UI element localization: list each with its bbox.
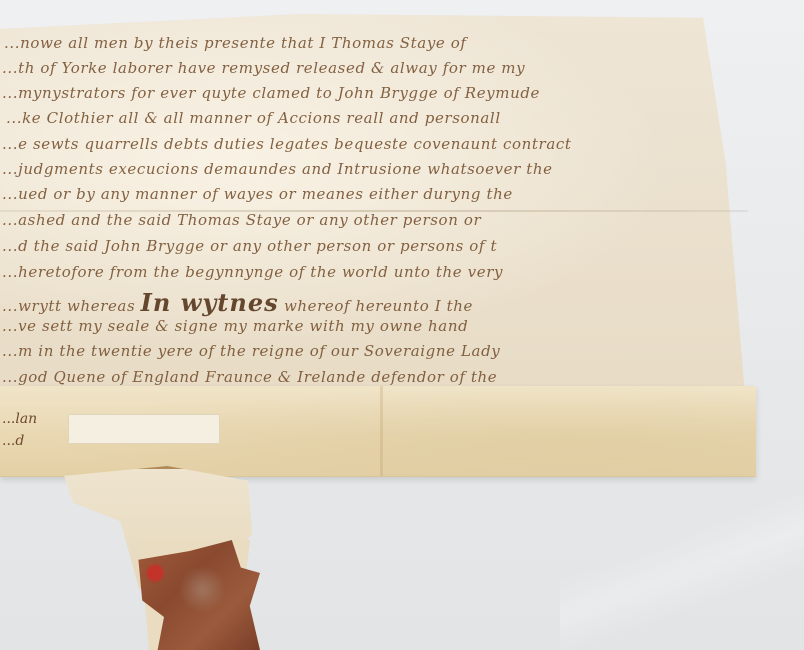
text-line-9: ...d the said John Brygge or any other p… xyxy=(2,237,497,255)
seal-slit-label xyxy=(68,414,220,444)
text-line-11-prefix: ...wrytt whereas xyxy=(2,297,135,315)
text-line-8: ...ashed and the said Thomas Staye or an… xyxy=(2,211,481,229)
signature-line-1: ...lan xyxy=(2,408,37,430)
text-line-6: ...judgments execucions demaundes and In… xyxy=(2,160,553,178)
text-line-1: ...nowe all men by theis presente that I… xyxy=(4,34,467,52)
text-line-3: ...mynystrators for ever quyte clamed to… xyxy=(2,84,540,102)
plica-crease xyxy=(380,386,383,476)
signature-line-2: ...d xyxy=(2,430,37,452)
text-line-14: ...god Quene of England Fraunce & Irelan… xyxy=(2,368,497,386)
text-line-10: ...heretofore from the begynnynge of the… xyxy=(2,263,503,281)
text-line-5: ...e sewts quarrells debts duties legate… xyxy=(2,135,572,153)
signature: ...lan ...d xyxy=(2,408,37,452)
text-line-11: ...wrytt whereas In wytnes whereof hereu… xyxy=(2,288,473,317)
text-line-11-suffix: whereof hereunto I the xyxy=(284,297,473,315)
text-line-12: ...ve sett my seale & signe my marke wit… xyxy=(2,317,468,335)
in-witness-heading: In wytnes xyxy=(141,288,279,317)
light-streak xyxy=(560,470,804,650)
text-line-7: ...ued or by any manner of wayes or mean… xyxy=(2,185,513,203)
text-line-4: ...ke Clothier all & all manner of Accio… xyxy=(6,109,501,127)
text-line-13: ...m in the twentie yere of the reigne o… xyxy=(2,342,500,360)
text-line-2: ...th of Yorke laborer have remysed rele… xyxy=(2,59,525,77)
